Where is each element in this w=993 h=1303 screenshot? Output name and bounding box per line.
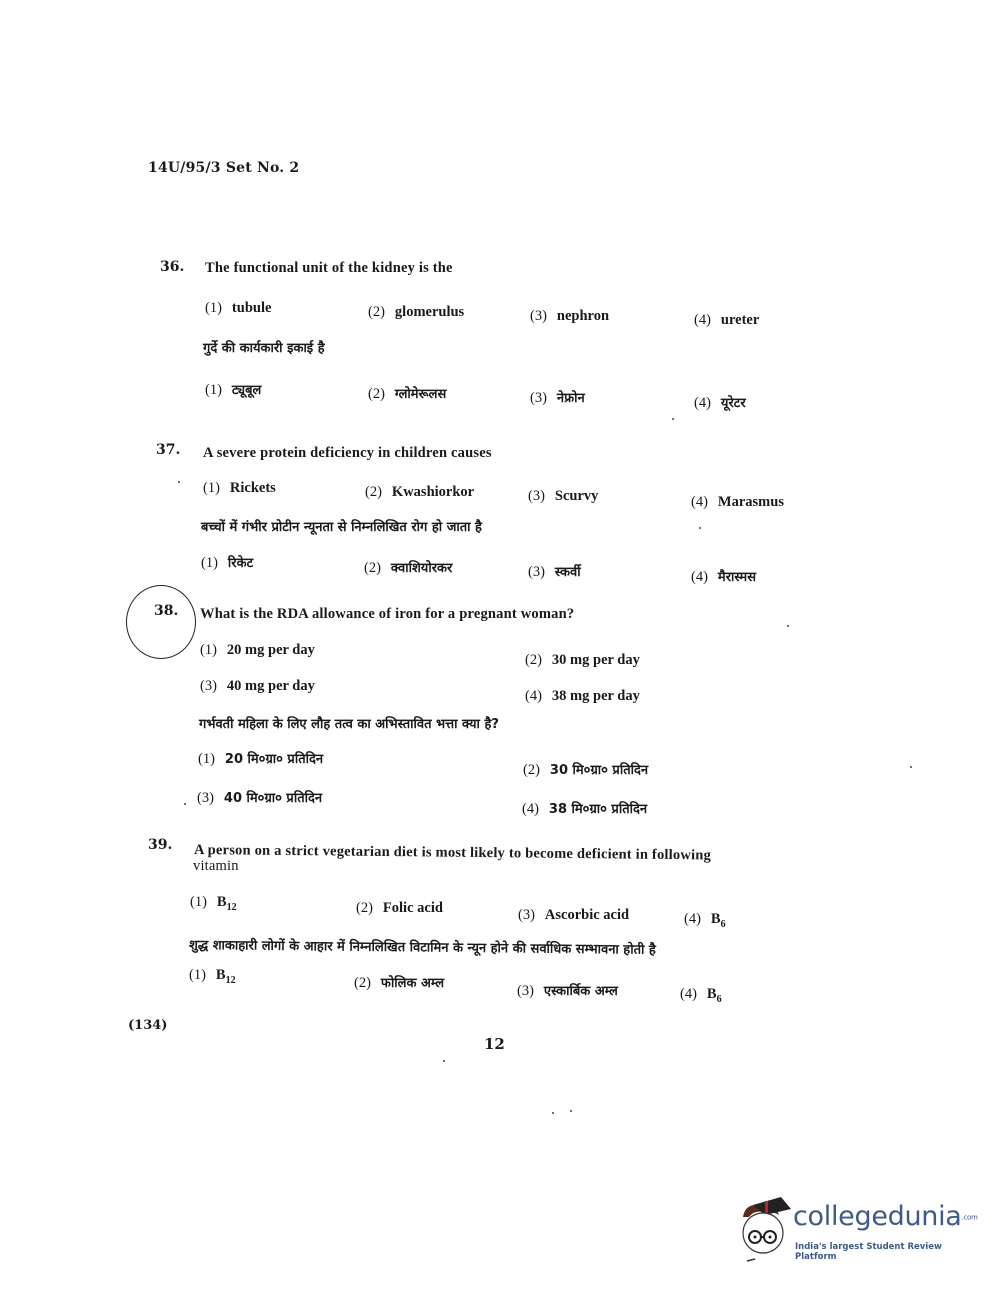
scan-speck	[184, 803, 186, 805]
paper-set-code: 14U/95/3 Set No. 2	[148, 160, 299, 176]
option-2-en: (2)glomerulus	[368, 304, 464, 321]
option-1-en: (1)20 mg per day	[200, 642, 315, 659]
question-text-hi: शुद्ध शाकाहारी लोगों के आहार में निम्नलि…	[189, 935, 656, 958]
option-1-en: (1)Rickets	[203, 480, 276, 497]
option-3-hi: (3)40 मि०ग्रा० प्रतिदिन	[197, 788, 322, 807]
option-1-hi: (1)ट्यूबूल	[205, 380, 261, 399]
question-text-hi: बच्चों में गंभीर प्रोटीन न्यूनता से निम्…	[201, 517, 482, 535]
question-number: 37.	[156, 442, 180, 458]
scan-speck	[570, 1110, 572, 1112]
question-text-hi: गुर्दे की कार्यकारी इकाई है	[203, 338, 325, 356]
option-1-hi: (1)रिकेट	[201, 553, 253, 572]
question-text-en-line1: A person on a strict vegetarian diet is …	[194, 842, 711, 864]
option-1-hi: (1)B12	[189, 967, 236, 986]
page-number: 12	[484, 1035, 505, 1053]
option-2-hi: (2)फोलिक अम्ल	[354, 973, 444, 992]
option-4-en: (4)B6	[684, 911, 726, 930]
option-2-en: (2)30 mg per day	[525, 652, 640, 669]
option-4-hi: (4)38 मि०ग्रा० प्रतिदिन	[522, 799, 647, 818]
question-text-hi: गर्भवती महिला के लिए लौह तत्व का अभिस्ता…	[199, 714, 499, 732]
option-3-en: (3)Ascorbic acid	[518, 907, 629, 924]
question-number: 36.	[160, 259, 184, 275]
question-text-en-line2: vitamin	[193, 858, 239, 875]
booklet-code: (134)	[128, 1018, 167, 1033]
option-2-hi: (2)30 मि०ग्रा० प्रतिदिन	[523, 760, 648, 779]
question-text-en: A severe protein deficiency in children …	[203, 445, 492, 462]
scan-speck	[178, 481, 180, 483]
scan-speck	[699, 527, 701, 529]
option-1-en: (1)B12	[190, 894, 237, 913]
collegedunia-logo: collegedunia.com India's largest Student…	[735, 1195, 965, 1265]
option-3-en: (3)Scurvy	[528, 488, 598, 505]
option-4-en: (4)ureter	[694, 312, 759, 329]
option-1-en: (1)tubule	[205, 300, 271, 317]
option-4-hi: (4)मैरास्मस	[691, 567, 756, 586]
option-3-hi: (3)एस्कार्बिक अम्ल	[517, 981, 618, 1000]
logo-brand-text: collegedunia.com	[793, 1201, 978, 1232]
option-3-hi: (3)स्कर्वी	[528, 562, 581, 581]
logo-tagline: India's largest Student Review Platform	[795, 1242, 965, 1262]
option-3-en: (3)40 mg per day	[200, 678, 315, 695]
scan-speck	[910, 766, 912, 768]
mascot-icon	[735, 1195, 793, 1265]
scan-speck	[552, 1112, 554, 1114]
question-number: 38.	[154, 603, 178, 619]
scan-speck	[787, 625, 789, 627]
option-4-en: (4)38 mg per day	[525, 688, 640, 705]
option-4-hi: (4)B6	[680, 986, 722, 1005]
handwritten-circle-mark	[126, 585, 196, 659]
option-1-hi: (1)20 मि०ग्रा० प्रतिदिन	[198, 749, 323, 768]
scan-speck	[672, 418, 674, 420]
option-4-hi: (4)यूरेटर	[694, 393, 746, 412]
option-4-en: (4)Marasmus	[691, 494, 784, 511]
question-number: 39.	[148, 837, 172, 853]
option-2-hi: (2)ग्लोमेरूलस	[368, 384, 446, 403]
option-2-en: (2)Folic acid	[356, 900, 443, 917]
option-3-hi: (3)नेफ्रोन	[530, 388, 585, 407]
option-3-en: (3)nephron	[530, 308, 609, 325]
option-2-en: (2)Kwashiorkor	[365, 484, 474, 501]
scan-speck	[443, 1060, 445, 1062]
question-text-en: The functional unit of the kidney is the	[205, 260, 453, 277]
option-2-hi: (2)क्वाशियोरकर	[364, 558, 452, 577]
question-text-en: What is the RDA allowance of iron for a …	[200, 606, 574, 623]
